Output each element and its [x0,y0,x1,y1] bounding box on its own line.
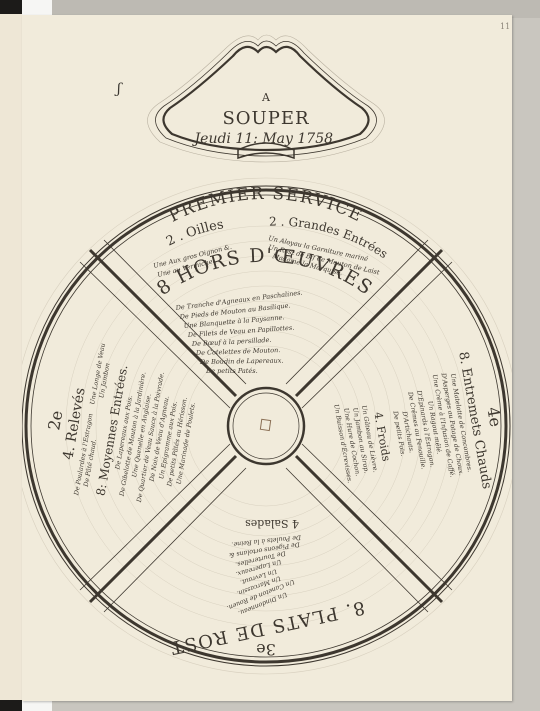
hors-item: De Boudin de Lapereaux. [199,357,284,366]
binding-clip-top [0,0,22,14]
cartouche-date: Jeudi 11: May 1758. [192,131,338,147]
table-plan-diagram: A SOUPER Jeudi 11: May 1758. [22,15,512,701]
section-second-service: 2e 4. Relevés De Poulardes à l'Estragon … [34,336,205,514]
binding-tab-top [22,0,52,16]
binding-tab-bottom [22,701,52,711]
hors-item: De Cotelettes de Mouton. [195,346,281,357]
binding-clip-bottom [0,700,22,711]
salades-header: 4 Salades [245,517,299,530]
second-service-number: 2e [44,409,66,432]
section-fourth-service: 4e 8. Entremets Chauds Une Matelotte de … [327,347,512,513]
section-premier-service: PREMIER SERVICE 2 . Oilles Une Aux gros … [22,15,394,375]
third-service-number: 3e [256,640,276,659]
cartouche-title: SOUPER [222,108,309,129]
cartouche-line-a: A [261,91,271,104]
fourth-service-number: 4e [483,406,505,429]
hors-item: De petits Patés. [205,367,258,375]
center-medallion [228,388,304,464]
premier-service-title: PREMIER SERVICE [166,184,367,227]
section-third-service: 3e 8. PLATS DE ROST Un Dindonneau. Un Ca… [168,517,367,659]
manuscript-page: 11 ʃ A SOUPER Jeudi 11: May 1758. [22,15,512,701]
